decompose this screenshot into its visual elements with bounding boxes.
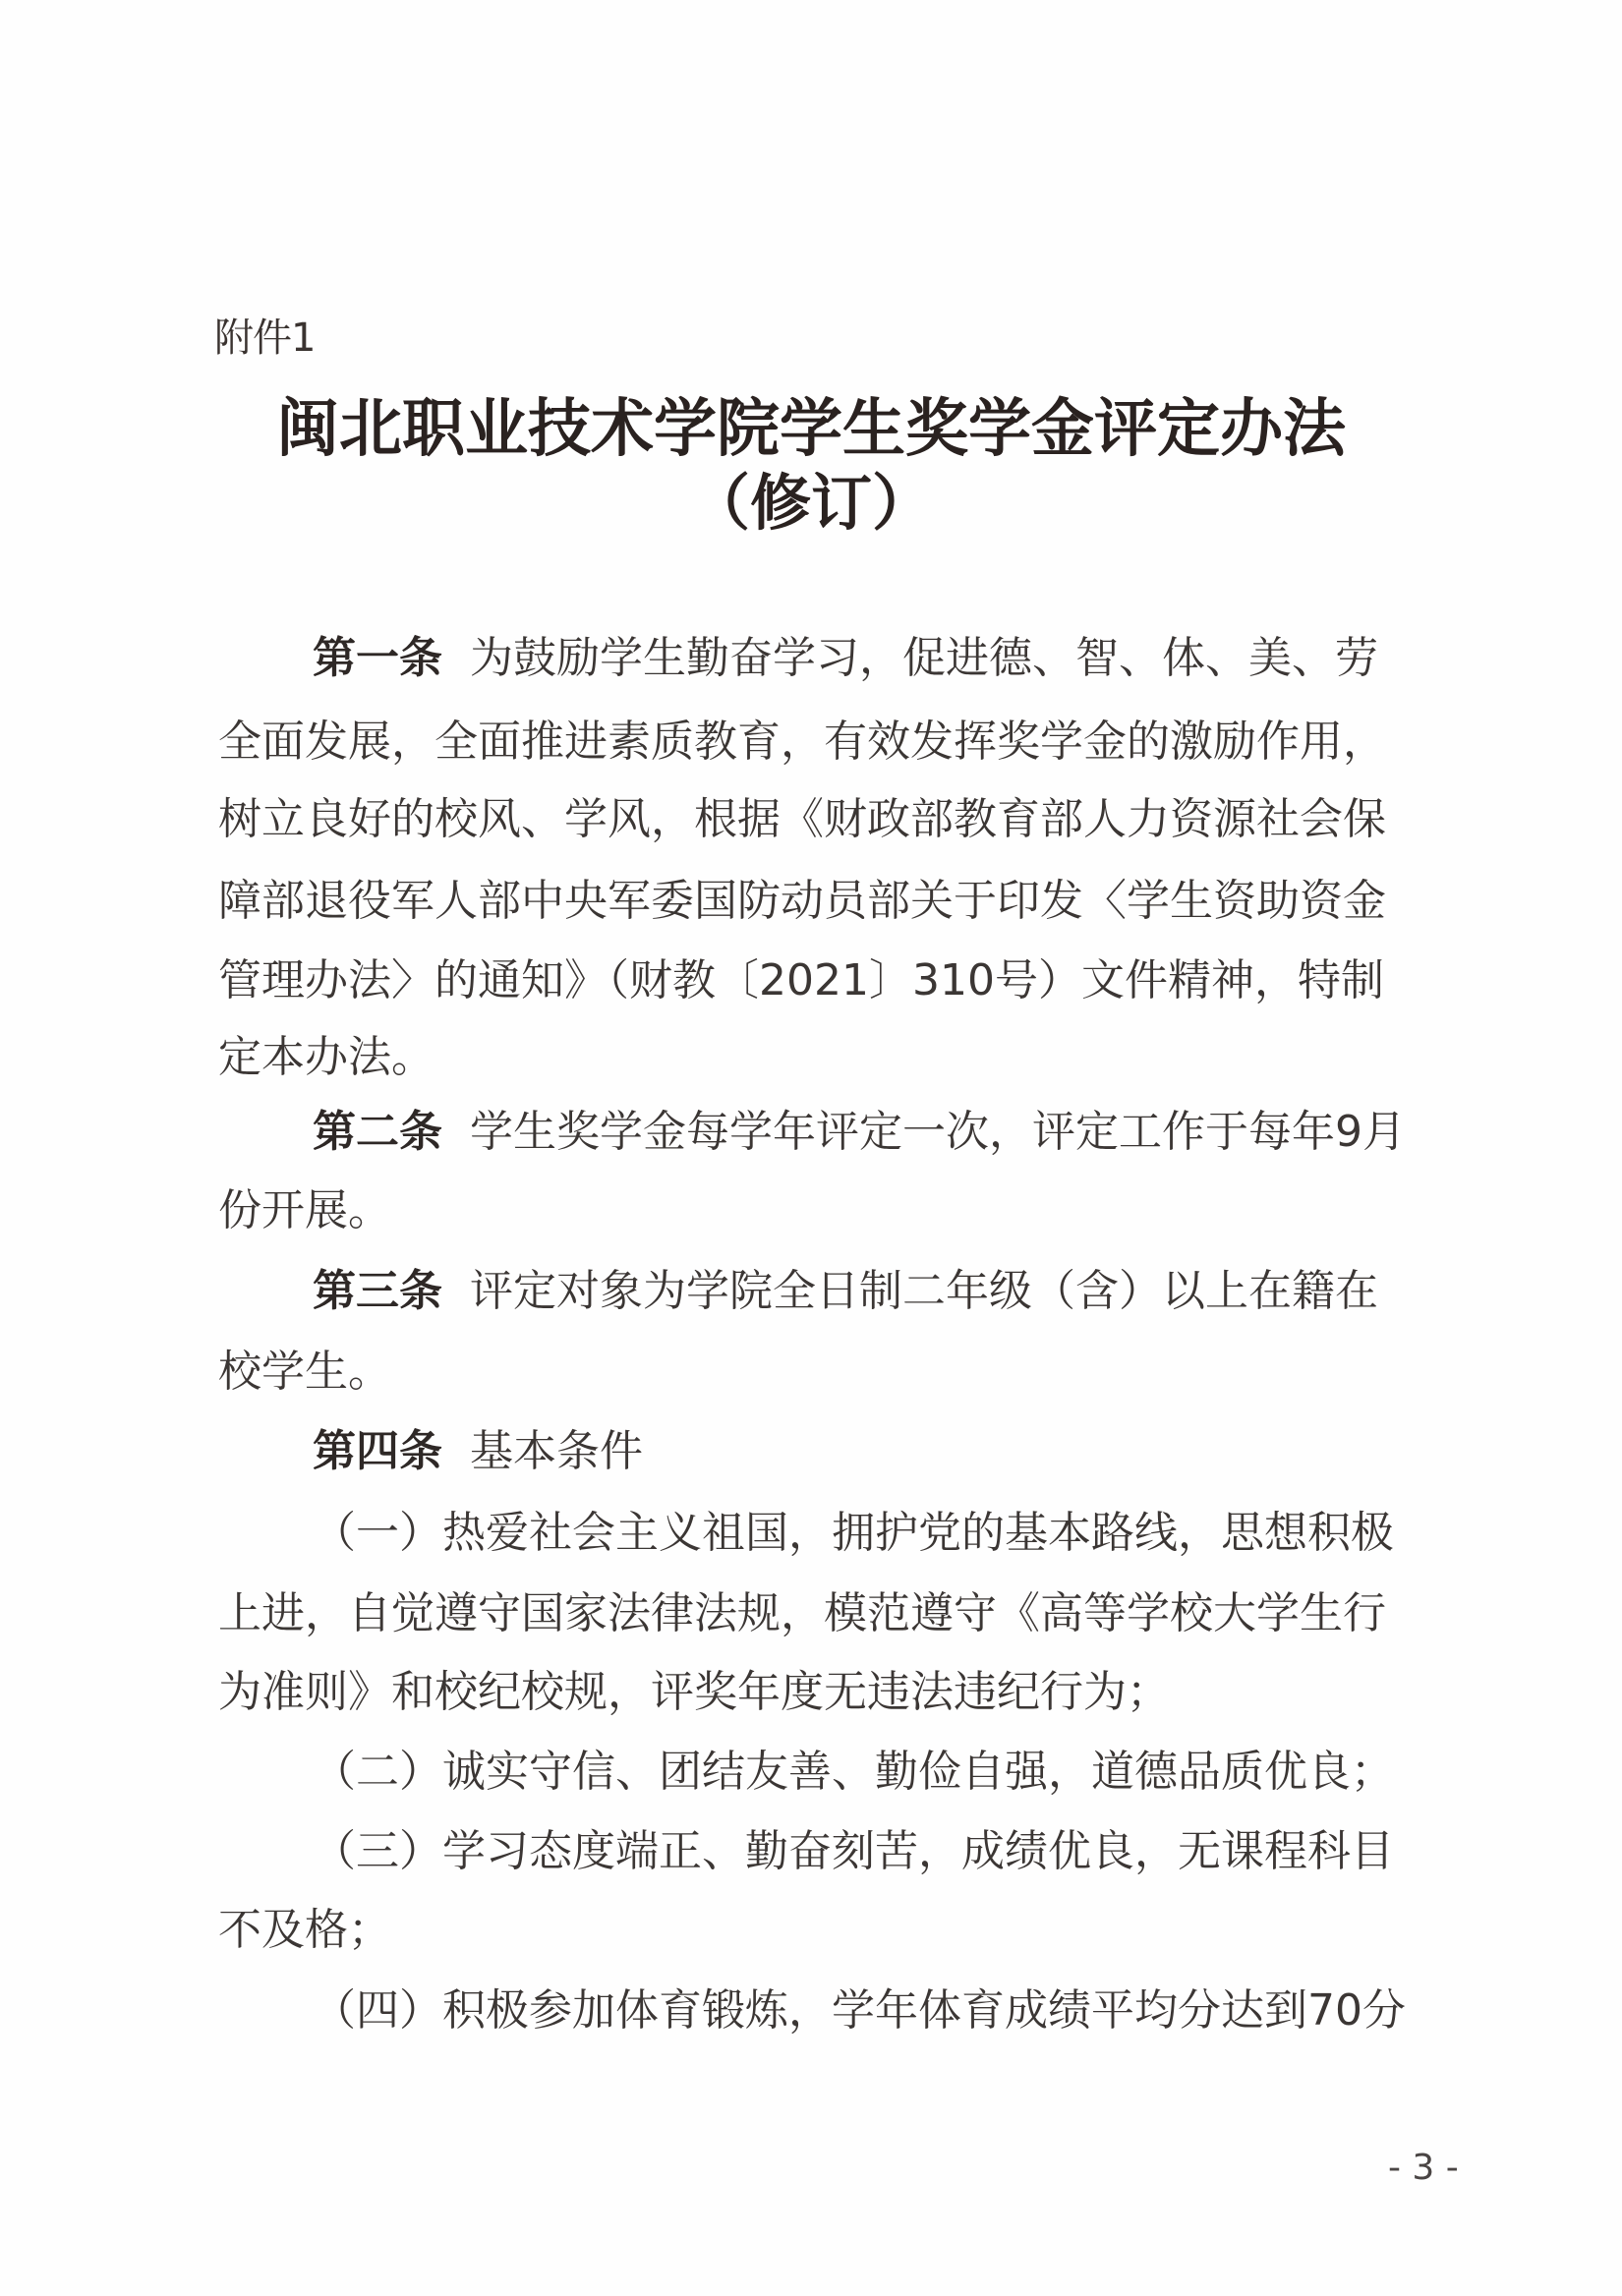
- article-heading: 第三条: [313, 1266, 442, 1316]
- document-page: 附件1 闽北职业技术学院学生奖学金评定办法 （修订） 第一条为鼓励学生勤奋学习，…: [0, 0, 1622, 2296]
- article-heading: 第四条: [313, 1426, 442, 1476]
- line-text: 份开展。: [218, 1185, 391, 1235]
- paragraph-line: 全面发展，全面推进素质教育，有效发挥奖学金的激励作用，: [218, 713, 1386, 772]
- line-text: 不及格；: [218, 1905, 391, 1955]
- paragraph-line: 管理办法〉的通知》（财教〔2021〕310号）文件精神，特制: [218, 951, 1384, 1010]
- article-heading: 第二条: [313, 1107, 442, 1157]
- line-text: 上进，自觉遵守国家法律法规，模范遵守《高等学校大学生行: [218, 1588, 1386, 1638]
- line-text: 学生奖学金每学年评定一次，评定工作于每年9月: [470, 1107, 1406, 1157]
- line-text: 评定对象为学院全日制二年级（含）以上在籍在: [470, 1266, 1378, 1316]
- line-text: 基本条件: [470, 1426, 643, 1476]
- line-text: （二）诚实守信、团结友善、勤俭自强，道德品质优良；: [313, 1747, 1394, 1797]
- paragraph-line: 上进，自觉遵守国家法律法规，模范遵守《高等学校大学生行: [218, 1584, 1386, 1643]
- line-text: 校学生。: [218, 1347, 391, 1397]
- attachment-label: 附件1: [214, 307, 315, 363]
- article-heading: 第一条: [313, 633, 442, 683]
- line-text: 为准则》和校纪校规，评奖年度无违法违纪行为；: [218, 1667, 1170, 1717]
- line-text: （四）积极参加体育锻炼，学年体育成绩平均分达到70分: [313, 1985, 1406, 2036]
- paragraph-line: 树立良好的校风、学风，根据《财政部教育部人力资源社会保: [218, 790, 1386, 849]
- paragraph-line: 第一条为鼓励学生勤奋学习，促进德、智、体、美、劳: [313, 629, 1378, 688]
- line-text: 树立良好的校风、学风，根据《财政部教育部人力资源社会保: [218, 794, 1386, 844]
- document-subtitle: （修订）: [0, 454, 1622, 542]
- paragraph-line: （一）热爱社会主义祖国，拥护党的基本路线，思想积极: [313, 1504, 1394, 1563]
- line-text: 为鼓励学生勤奋学习，促进德、智、体、美、劳: [470, 633, 1378, 683]
- paragraph-line: （四）积极参加体育锻炼，学年体育成绩平均分达到70分: [313, 1981, 1406, 2040]
- line-text: 全面发展，全面推进素质教育，有效发挥奖学金的激励作用，: [218, 717, 1386, 767]
- page-number: - 3 -: [1388, 2148, 1459, 2188]
- paragraph-line: （二）诚实守信、团结友善、勤俭自强，道德品质优良；: [313, 1743, 1394, 1802]
- paragraph-line: 校学生。: [218, 1343, 391, 1402]
- line-text: 管理办法〉的通知》（财教〔2021〕310号）文件精神，特制: [218, 955, 1384, 1005]
- paragraph-line: 为准则》和校纪校规，评奖年度无违法违纪行为；: [218, 1663, 1170, 1722]
- line-text: 障部退役军人部中央军委国防动员部关于印发〈学生资助资金: [218, 876, 1386, 926]
- line-text: （一）热爱社会主义祖国，拥护党的基本路线，思想积极: [313, 1508, 1394, 1558]
- paragraph-line: 第三条评定对象为学院全日制二年级（含）以上在籍在: [313, 1262, 1378, 1321]
- paragraph-line: 第四条基本条件: [313, 1422, 643, 1481]
- paragraph-line: 份开展。: [218, 1181, 391, 1240]
- paragraph-line: 定本办法。: [218, 1028, 434, 1087]
- paragraph-line: 第二条学生奖学金每学年评定一次，评定工作于每年9月: [313, 1103, 1406, 1162]
- paragraph-line: （三）学习态度端正、勤奋刻苦，成绩优良，无课程科目: [313, 1822, 1394, 1881]
- line-text: 定本办法。: [218, 1032, 434, 1082]
- paragraph-line: 不及格；: [218, 1901, 391, 1960]
- line-text: （三）学习态度端正、勤奋刻苦，成绩优良，无课程科目: [313, 1826, 1394, 1876]
- paragraph-line: 障部退役军人部中央军委国防动员部关于印发〈学生资助资金: [218, 872, 1386, 931]
